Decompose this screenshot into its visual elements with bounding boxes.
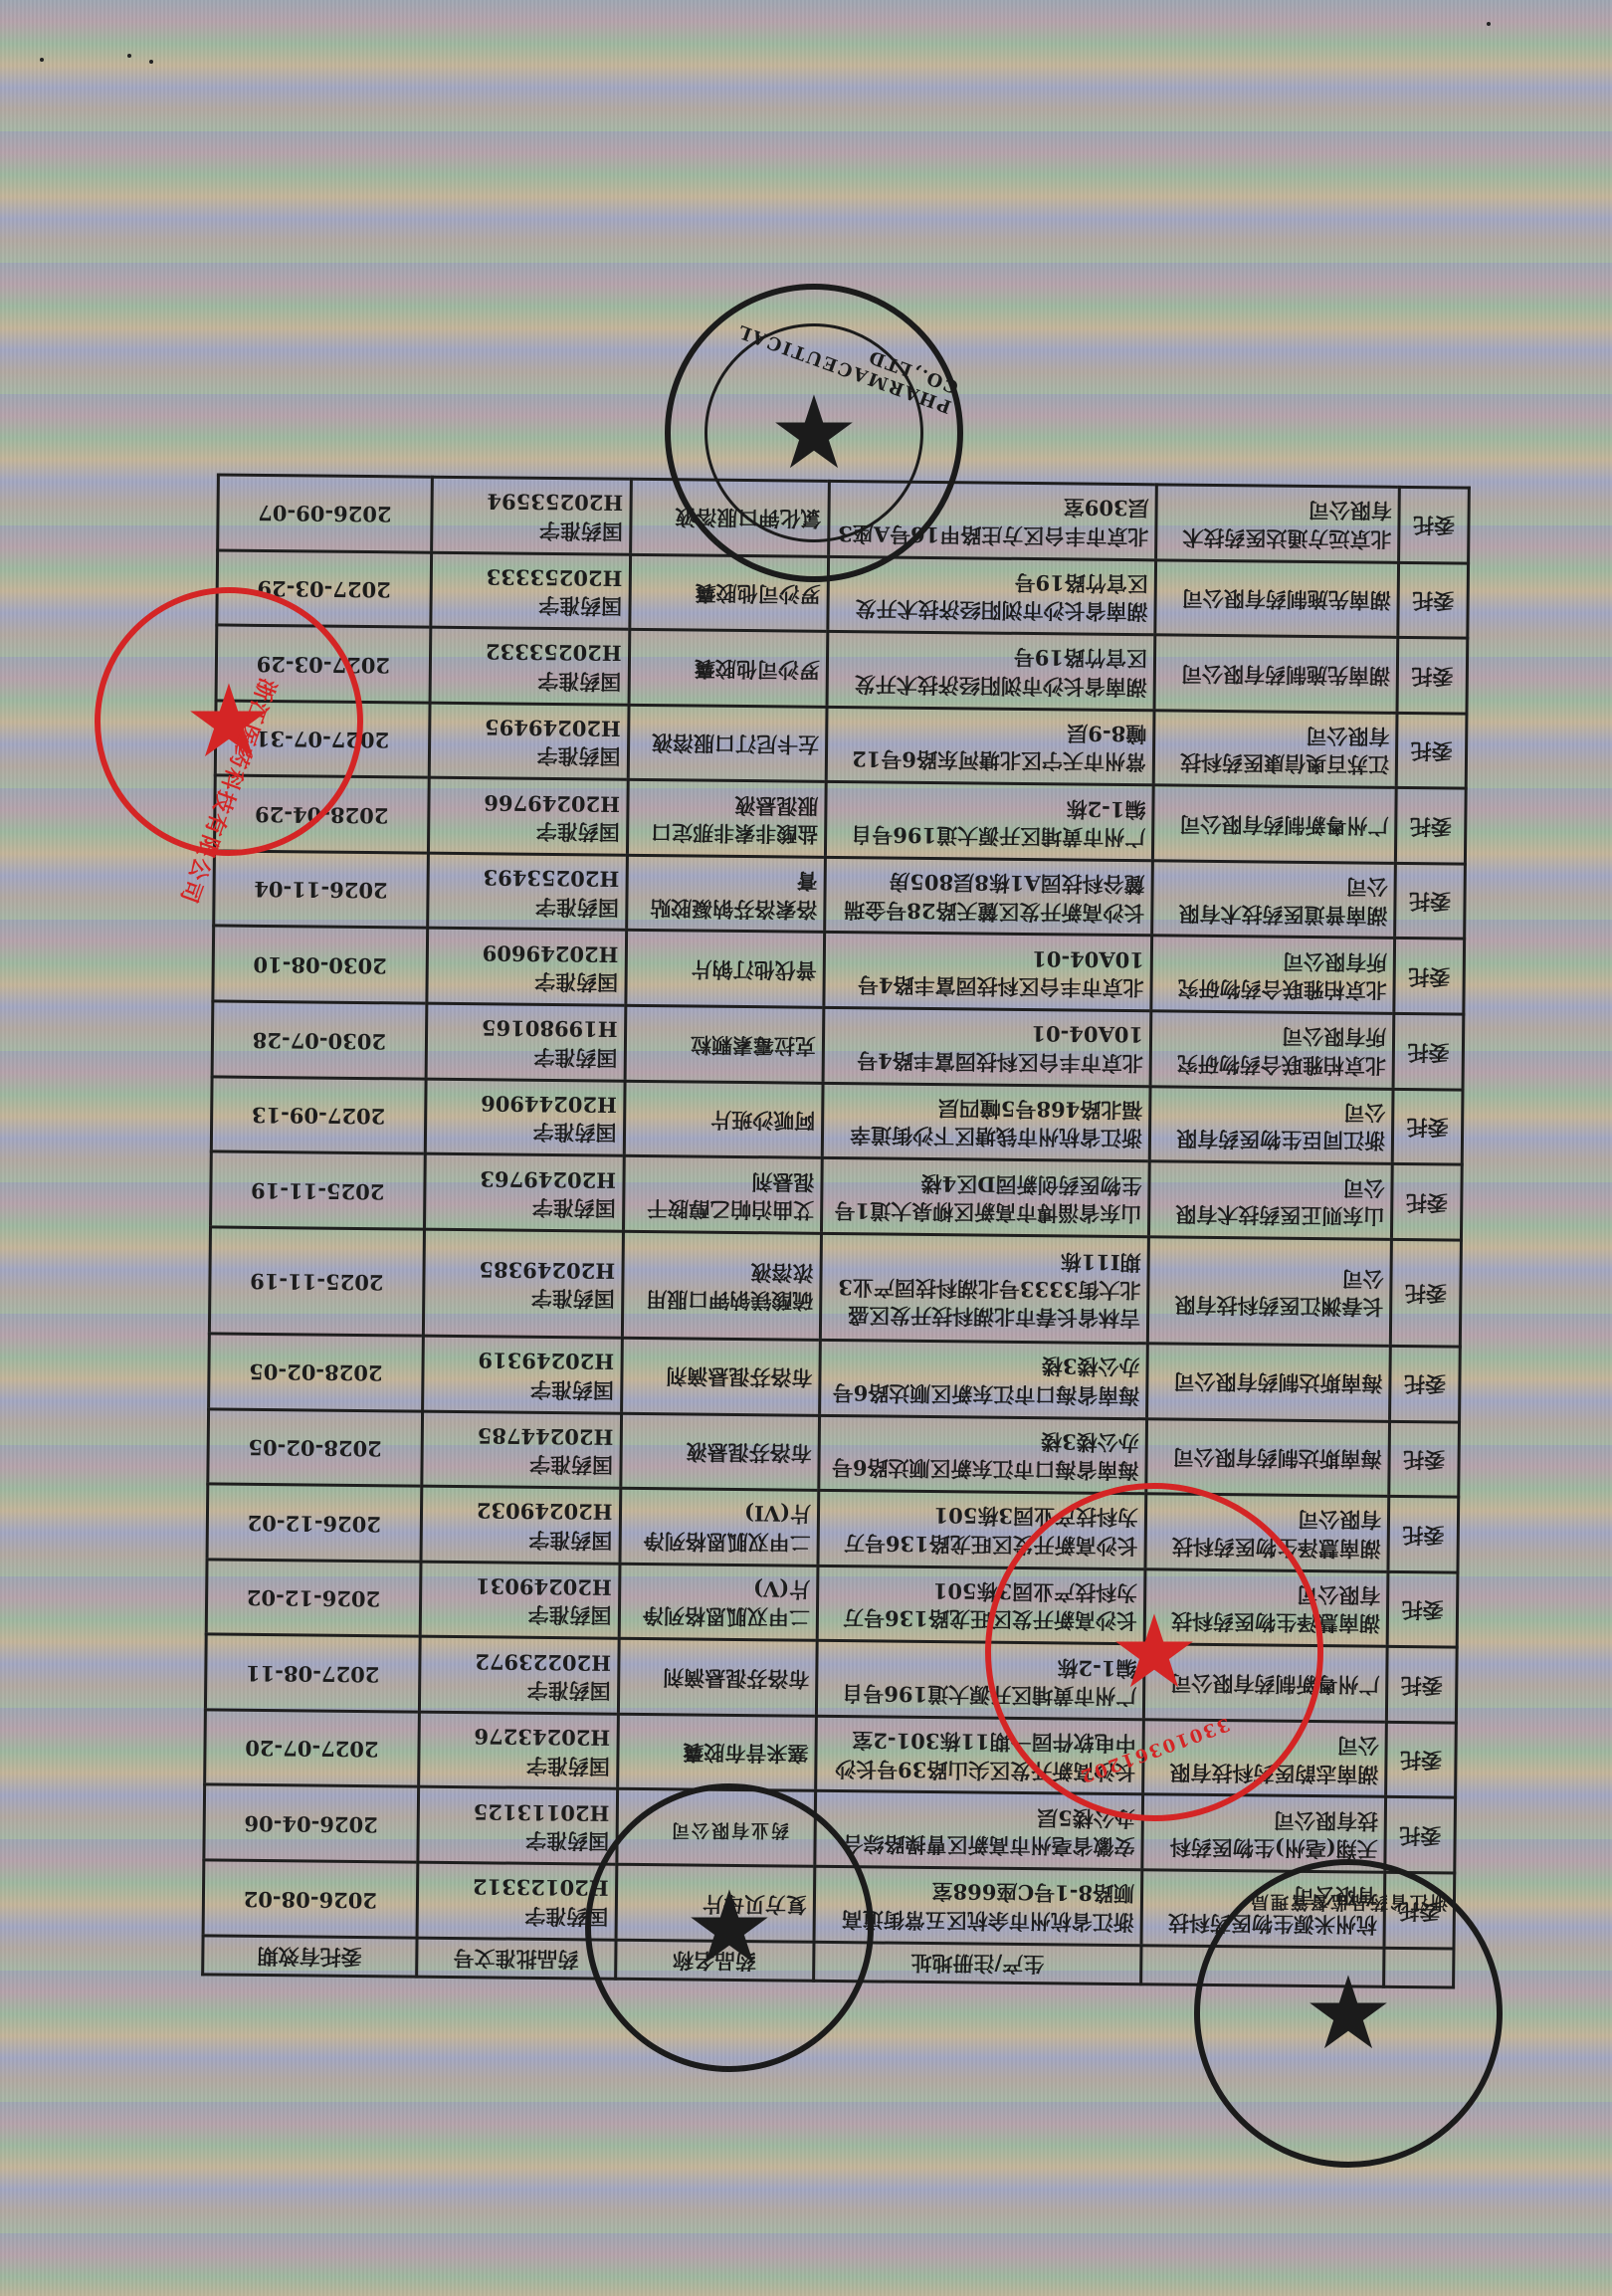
header-validity: 委托有效期: [203, 1936, 417, 1978]
address-cell: 北京市丰台区科技园富丰路4号10A04-01: [824, 933, 1152, 1011]
row-type-cell: 委托: [1386, 1722, 1457, 1797]
row-type-cell: 委托: [1392, 1164, 1463, 1240]
address-cell: 广州市黄埔区开源大道196号自编1-2栋: [825, 782, 1153, 861]
entrusted-production-table: 生产/注册地址 药品名称 药品批准文号 委托有效期 委托杭州米源生物医药科技有限…: [201, 473, 1471, 1988]
company-name-cell: 北京柏雅联合药物研究所有限公司: [1151, 936, 1395, 1013]
row-type-cell: 委托: [1389, 1421, 1460, 1497]
validity-date-cell: 2028-02-05: [209, 1334, 424, 1411]
table-row: 委托湖南志韵医药科技有限公司长沙高新开发区尖山路39号长沙中电软件园一期11栋3…: [205, 1710, 1457, 1798]
row-type-cell: 委托: [1396, 713, 1467, 788]
header-type: [1384, 1948, 1454, 1987]
approval-number-cell: 国药准字H20249763: [424, 1153, 624, 1231]
scan-speck: [127, 54, 131, 58]
address-cell: 常州市天宁区北塘河东路6号12幢8-9层: [826, 707, 1154, 785]
table-row: 委托长春渊江医药科技有限公司吉林省长春市北湖科技开发区盛北大街3333号北湖科技…: [209, 1227, 1461, 1347]
table-row: 委托江苏百奥信康医药科技有限公司常州市天宁区北塘河东路6号12幢8-9层左卡尼汀…: [215, 701, 1467, 789]
validity-date-cell: 2028-04-29: [214, 775, 429, 853]
validity-date-cell: 2026-04-06: [204, 1784, 419, 1862]
scan-speck: [1487, 22, 1491, 26]
table-row: 委托广州粤新制药有限公司广州市黄埔区开源大道196号自编1-2栋布洛芬混悬滴剂国…: [205, 1634, 1457, 1723]
approval-number-cell: 国药准字H20249032: [421, 1486, 621, 1564]
validity-date-cell: 2025-11-19: [209, 1227, 424, 1336]
approval-number-cell: 国药准字H20249766: [428, 778, 628, 856]
drug-name-cell: 布洛芬混悬液: [620, 1413, 819, 1491]
row-type-cell: 委托: [1397, 638, 1468, 714]
row-type-cell: 委托: [1387, 1647, 1458, 1723]
header-address: 生产/注册地址: [814, 1942, 1141, 1984]
validity-date-cell: 2027-07-20: [205, 1710, 420, 1787]
drug-name-cell: 复方贝母片: [616, 1864, 815, 1942]
drug-name-cell: 二甲双胍恩格列净片(V): [619, 1564, 818, 1641]
address-cell: 浙江省杭州市余杭区五常街道高顺路8-1号C座668室: [814, 1866, 1142, 1945]
table-row: 委托天翔(亳州)生物医药科技有限公司安徽省亳州市高新区曹操路综合办公楼5层国药准…: [204, 1784, 1456, 1873]
table-row: 委托海南斯达制药有限公司海南省海口市江东新区顺达路6号办公楼3楼布洛芬混悬滴剂国…: [209, 1334, 1461, 1422]
drug-name-cell: 克拉霉素颗粒: [625, 1005, 824, 1083]
approval-number-cell: 国药准字H20123312: [417, 1862, 617, 1940]
approval-number-cell: 国药准字H20253594: [431, 477, 631, 554]
validity-date-cell: 2026-11-04: [214, 851, 429, 929]
address-cell: 浙江省杭州市钱塘区下沙街道幸福北路468号5幢四层: [822, 1083, 1150, 1161]
table-row: 委托北京远方通达医药技术有限公司北京市丰台区方庄路甲16号A座3层309室氯化钾…: [218, 475, 1470, 563]
drug-name-cell: 罗沙司他胶囊: [629, 629, 828, 707]
approval-number-cell: 国药准字H20249609: [427, 929, 627, 1006]
company-name-cell: 杭州米源生物医药科技有限公司: [1141, 1870, 1385, 1948]
approval-number-cell: 国药准字H20249495: [429, 703, 629, 780]
validity-date-cell: 2027-03-29: [217, 550, 432, 628]
table-row: 委托杭州米源生物医药科技有限公司浙江省杭州市余杭区五常街道高顺路8-1号C座66…: [203, 1860, 1455, 1949]
validity-date-cell: 2027-07-31: [215, 701, 430, 778]
approval-number-cell: 国药准字H20249319: [422, 1336, 622, 1413]
drug-name-cell: 布洛芬混悬滴剂: [618, 1639, 817, 1717]
company-name-cell: 海南斯达制药有限公司: [1147, 1344, 1391, 1421]
company-name-cell: 广州粤新制药有限公司: [1143, 1644, 1387, 1722]
star-icon: ★: [774, 388, 855, 478]
address-cell: 广州市黄埔区开源大道196号自编1-2栋: [816, 1641, 1144, 1720]
address-cell: 山东省淄博市高新区柳泉大道1号生物医药创新园D区4楼: [821, 1158, 1149, 1237]
drug-name-cell: 二甲双胍恩格列净片(VI): [620, 1488, 819, 1565]
drug-name-cell: 盐酸非索非那定口服混悬液: [627, 780, 826, 858]
row-type-cell: 委托: [1384, 1872, 1455, 1948]
rotated-document-sheet: 生产/注册地址 药品名称 药品批准文号 委托有效期 委托杭州米源生物医药科技有限…: [201, 473, 1471, 1988]
drug-name-cell: 布洛芬混悬滴剂: [621, 1338, 820, 1415]
row-type-cell: 委托: [1385, 1797, 1456, 1873]
drug-name-cell: 硫酸镁钠钾口服用浓溶液: [622, 1231, 822, 1340]
company-name-cell: 湖南慧泽生物医药科技有限公司: [1144, 1569, 1388, 1647]
address-cell: 长沙高新开发区尖山路39号长沙中电软件园一期11栋301-2室: [816, 1716, 1144, 1794]
address-cell: 湖南省长沙市浏阳经济技术开发区官竹路19号: [827, 632, 1155, 711]
table-row: 委托湖南慧泽生物医药科技有限公司长沙高新开发区旺龙路136号万为科技产业园3栋5…: [206, 1560, 1458, 1648]
approval-number-cell: 国药准字H20223972: [419, 1636, 619, 1714]
validity-date-cell: 2030-08-10: [213, 926, 428, 1003]
drug-name-cell: [616, 1789, 815, 1867]
drug-name-cell: 普伐他汀钠片: [625, 931, 824, 1008]
company-name-cell: 湖南先施制药有限公司: [1155, 559, 1399, 637]
company-name-cell: 湖南普道医药技术有限公司: [1152, 861, 1396, 939]
row-type-cell: 委托: [1387, 1571, 1458, 1647]
validity-date-cell: 2025-11-19: [211, 1151, 426, 1229]
row-type-cell: 委托: [1390, 1239, 1461, 1347]
validity-date-cell: 2027-03-29: [216, 625, 431, 703]
drug-name-cell: 左卡尼汀口服溶液: [628, 705, 827, 782]
table-row: 委托湖南慧泽生物医药科技有限公司长沙高新开发区旺龙路136号万为科技产业园3栋5…: [207, 1484, 1459, 1572]
table-row: 委托山东则正医药技术有限公司山东省淄博市高新区柳泉大道1号生物医药创新园D区4楼…: [211, 1151, 1463, 1240]
table-row: 委托浙江同臣生物医药有限公司浙江省杭州市钱塘区下沙街道幸福北路468号5幢四层阿…: [211, 1077, 1463, 1165]
address-cell: 海南省海口市江东新区顺达路6号办公楼3楼: [819, 1415, 1147, 1494]
company-name-cell: 海南斯达制药有限公司: [1146, 1418, 1390, 1496]
row-type-cell: 委托: [1393, 1013, 1464, 1089]
company-name-cell: 湖南先施制药有限公司: [1154, 635, 1398, 713]
address-cell: 海南省海口市江东新区顺达路6号办公楼3楼: [820, 1340, 1148, 1418]
company-name-cell: 湖南慧泽生物医药科技有限公司: [1145, 1494, 1389, 1571]
address-cell: 湖南省长沙市浏阳经济技术开发区官竹路19号: [828, 556, 1156, 635]
company-name-cell: 山东则正医药技术有限公司: [1148, 1161, 1392, 1239]
row-type-cell: 委托: [1392, 1089, 1463, 1164]
table-row: 委托湖南先施制药有限公司湖南省长沙市浏阳经济技术开发区官竹路19号罗沙司他胶囊国…: [216, 625, 1468, 714]
validity-date-cell: 2028-02-05: [208, 1409, 423, 1487]
table-row: 委托湖南普道医药技术有限公司长沙高新开发区麓天路28号金瑞麓谷科技园A1栋8层8…: [214, 851, 1466, 939]
approval-number-cell: 国药准字H20113125: [418, 1787, 618, 1865]
approval-number-cell: 国药准字H20253493: [427, 853, 627, 931]
approval-number-cell: 国药准字H19980165: [426, 1003, 626, 1081]
table-row: 委托北京柏雅联合药物研究所有限公司北京市丰台区科技园富丰路4号10A04-01克…: [212, 1001, 1464, 1090]
validity-date-cell: 2026-08-02: [203, 1860, 418, 1938]
drug-name-cell: 阿哌沙班片: [624, 1081, 823, 1158]
approval-number-cell: 国药准字H20249385: [423, 1229, 623, 1338]
header-drug-name: 药品名称: [615, 1940, 814, 1981]
header-approval-number: 药品批准文号: [416, 1938, 615, 1979]
validity-date-cell: 2030-07-28: [212, 1001, 427, 1079]
company-name-cell: 长春渊江医药科技有限公司: [1147, 1237, 1391, 1347]
approval-number-cell: 国药准字H20253333: [431, 552, 631, 630]
validity-date-cell: 2027-09-13: [211, 1077, 426, 1154]
approval-number-cell: 国药准字H20249031: [420, 1562, 620, 1639]
row-type-cell: 委托: [1398, 562, 1469, 638]
company-name-cell: 江苏百奥信康医药科技有限公司: [1153, 711, 1397, 788]
company-name-cell: 浙江同臣生物医药有限公司: [1149, 1086, 1393, 1163]
validity-date-cell: 2027-08-11: [205, 1634, 420, 1712]
row-type-cell: 委托: [1390, 1346, 1461, 1421]
validity-date-cell: 2026-09-07: [218, 475, 433, 552]
address-cell: 北京市丰台区科技园富丰路4号10A04-01: [823, 1007, 1151, 1086]
approval-number-cell: 国药准字H20243276: [418, 1712, 618, 1789]
address-cell: 长沙高新开发区旺龙路136号万为科技产业园3栋501: [818, 1491, 1146, 1569]
address-cell: 安徽省亳州市高新区曹操路综合办公楼5层: [815, 1791, 1143, 1870]
address-cell: 吉林省长春市北湖科技开发区盛北大街3333号北湖科技园产业3期I11栋: [820, 1233, 1148, 1344]
drug-name-cell: 塞来昔布胶囊: [617, 1714, 816, 1791]
company-name-cell: 天翔(亳州)生物医药科技有限公司: [1142, 1794, 1386, 1872]
table-row: 委托广州粤新制药有限公司广州市黄埔区开源大道196号自编1-2栋盐酸非索非那定口…: [214, 775, 1466, 864]
address-cell: 长沙高新开发区旺龙路136号万为科技产业园3栋501: [817, 1565, 1145, 1644]
drug-name-cell: 罗沙司他胶囊: [629, 554, 828, 632]
table-body: 委托杭州米源生物医药科技有限公司浙江省杭州市余杭区五常街道高顺路8-1号C座66…: [203, 475, 1469, 1949]
row-type-cell: 委托: [1395, 863, 1466, 939]
approval-number-cell: 国药准字H20244906: [425, 1079, 625, 1156]
row-type-cell: 委托: [1394, 939, 1465, 1014]
address-cell: 北京市丰台区方庄路甲16号A座3层309室: [829, 481, 1157, 559]
company-name-cell: 北京远方通达医药技术有限公司: [1156, 485, 1400, 562]
table-row: 委托海南斯达制药有限公司海南省海口市江东新区顺达路6号办公楼3楼布洛芬混悬液国药…: [208, 1409, 1460, 1498]
drug-name-cell: 艾曲泊帕乙醇胺干混悬剂: [623, 1155, 822, 1233]
company-name-cell: 湖南志韵医药科技有限公司: [1143, 1720, 1387, 1797]
approval-number-cell: 国药准字H20244785: [422, 1411, 622, 1489]
drug-name-cell: 洛索洛芬钠凝胶贴膏: [626, 855, 825, 933]
company-name-cell: 广州粤新制药有限公司: [1152, 785, 1396, 863]
validity-date-cell: 2026-12-02: [207, 1484, 422, 1562]
header-company: [1141, 1945, 1385, 1986]
table-row: 委托湖南先施制药有限公司湖南省长沙市浏阳经济技术开发区官竹路19号罗沙司他胶囊国…: [217, 550, 1469, 639]
company-name-cell: 北京柏雅联合药物研究所有限公司: [1150, 1011, 1394, 1089]
row-type-cell: 委托: [1388, 1497, 1459, 1572]
address-cell: 长沙高新开发区麓天路28号金瑞麓谷科技园A1栋8层805房: [825, 857, 1153, 936]
table-row: 委托北京柏雅联合药物研究所有限公司北京市丰台区科技园富丰路4号10A04-01普…: [213, 926, 1465, 1014]
approval-number-cell: 国药准字H20253332: [430, 627, 630, 705]
row-type-cell: 委托: [1399, 487, 1470, 562]
drug-name-cell: 氯化钾口服溶液: [630, 479, 829, 556]
row-type-cell: 委托: [1396, 788, 1467, 864]
scan-speck: [40, 58, 44, 62]
scan-speck: [149, 60, 153, 64]
validity-date-cell: 2026-12-02: [206, 1560, 421, 1637]
